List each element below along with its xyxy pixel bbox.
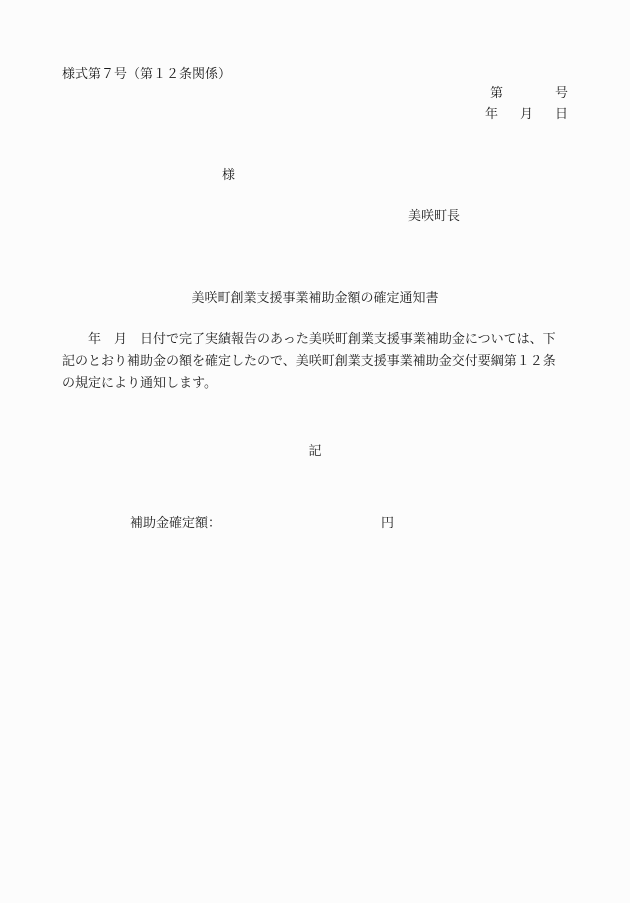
sender-name: 美咲町長 xyxy=(408,210,460,223)
document-number-line: 第号 xyxy=(490,87,568,100)
document-number-suffix: 号 xyxy=(555,87,568,100)
document-date-line: 年月日 xyxy=(485,108,568,121)
ki-heading: 記 xyxy=(0,445,630,458)
body-line-2: 記のとおり補助金の額を確定したので、美咲町創業支援事業補助金交付要綱第１２条 xyxy=(62,351,570,373)
document-title: 美咲町創業支援事業補助金額の確定通知書 xyxy=(0,292,630,305)
form-number: 様式第７号（第１２条関係） xyxy=(62,68,231,81)
date-day: 日 xyxy=(555,108,568,121)
recipient-honorific: 様 xyxy=(222,169,235,182)
amount-unit: 円 xyxy=(381,517,394,530)
document-number-prefix: 第 xyxy=(490,87,503,100)
date-month: 月 xyxy=(520,108,533,121)
body-line-1: 年 月 日付で完了実績報告のあった美咲町創業支援事業補助金については、下 xyxy=(62,329,570,351)
body-paragraph: 年 月 日付で完了実績報告のあった美咲町創業支援事業補助金については、下 記のと… xyxy=(62,329,570,395)
amount-label: 補助金確定額： xyxy=(130,517,221,530)
date-year: 年 xyxy=(485,108,498,121)
body-line-3: の規定により通知します。 xyxy=(62,373,570,395)
